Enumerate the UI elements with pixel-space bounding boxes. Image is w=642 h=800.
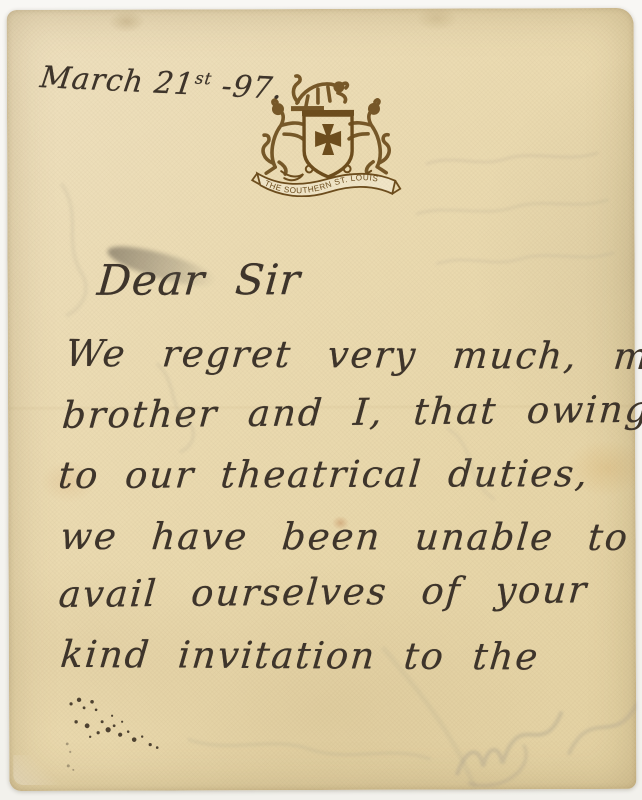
date-main: March 21 (38, 60, 197, 103)
body-line-1: We regret very much, my (64, 332, 642, 378)
crest-shield (302, 110, 354, 177)
body-line-6: kind invitation to the (59, 633, 542, 679)
ink-speckles (61, 691, 201, 781)
body-line-3: to our theatrical duties, (57, 452, 591, 497)
crest-lion-left (263, 100, 303, 174)
body-line-4: we have been unable to (59, 515, 631, 559)
crest-lion-right (349, 100, 389, 174)
photo-backdrop: March 21st -97. (0, 0, 642, 800)
crest-cross (315, 124, 341, 155)
corner-wear (13, 755, 59, 785)
crest-lion-top (293, 76, 347, 106)
letter-date: March 21st -97. (38, 60, 286, 107)
letter-paper: March 21st -97. (7, 8, 637, 791)
body-line-5: avail ourselves of your (57, 568, 590, 616)
body-line-2: brother and I, that owing (61, 388, 642, 437)
southern-st-louis-crest: THE SOUTHERN ST. LOUIS (250, 65, 402, 198)
